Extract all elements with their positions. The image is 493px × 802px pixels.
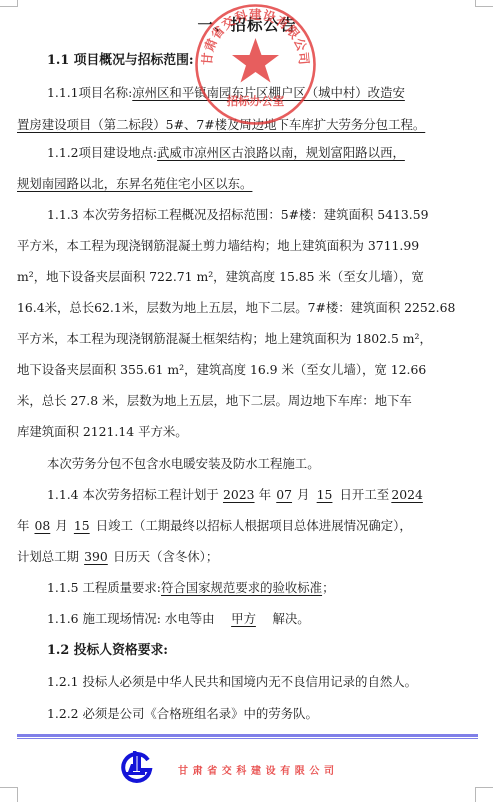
year-label: 年 [259,487,271,502]
project-name-value: 凉州区和平镇南园东片区棚户区（城中村）改造安 [132,85,405,100]
start-month: 07 [271,487,297,503]
duration-suffix: 日历天（含冬休）； [113,549,218,564]
site-responsible-party: 甲方 [215,611,273,627]
schedule-line2: 年08月15日竣工（工期最终以招标人根据项目总体进展情况确定）， [17,518,412,534]
month-label: 月 [297,487,309,502]
footer-divider [17,734,478,737]
qualification-item: 1.2.1 投标人必须是中华人民共和国境内无不良信用记录的自然人。 [47,674,417,690]
document-page: 一、招标公告 1.1 项目概况与招标范围: 1.1.1项目名称:凉州区和平镇南园… [0,0,493,802]
start-year: 2023 [219,487,259,503]
company-logo-icon [120,748,154,784]
scope-line: 地下设备夹层面积 355.61 m²，建筑高度 16.9 米（至女儿墙），宽 1… [17,362,426,378]
scope-line: 1.1.3 本次劳务招标工程概况及招标范围：5#楼：建筑面积 5413.59 [47,207,429,223]
page-corner-mark [0,787,18,802]
quality-value: 符合国家规范要求的验收标准 [161,580,322,595]
page-corner-mark [475,0,493,7]
star-icon [232,38,279,83]
end-suffix: 日竣工（工期最终以招标人根据项目总体进展情况确定）， [96,518,412,533]
project-name-label: 1.1.1项目名称: [47,85,132,100]
document-title: 一、招标公告 [17,13,477,35]
section-heading-1-1: 1.1 项目概况与招标范围: [47,53,194,69]
site-condition: 1.1.6 施工现场情况: 水电等由甲方解决。 [47,611,310,627]
quality-requirement: 1.1.5 工程质量要求:符合国家规范要求的验收标准； [47,580,334,596]
end-year: 2024 [389,487,425,503]
duration-days: 390 [79,549,113,565]
scope-line: m²，地下设备夹层面积 722.71 m²，建筑高度 15.85 米（至女儿墙）… [17,269,424,285]
scope-line: 库建筑面积 2121.14 平方米。 [17,424,188,440]
page-corner-mark [0,0,18,7]
scope-line: 米，总长 27.8 米，层数为地上五层，地下二层。周边地下车库：地下车 [17,393,412,409]
section-heading-1-2: 1.2 投标人资格要求: [47,643,168,659]
schedule-prefix: 1.1.4 本次劳务招标工程计划于 [47,487,219,502]
project-name-value-cont: 置房建设项目（第二标段）5#、7#楼及周边地下车库扩大劳务分包工程。 [17,117,425,132]
project-location-line1: 1.1.2项目建设地点:武威市凉州区古浪路以南，规划富阳路以西， [47,145,405,161]
scope-line: 16.4米，总长62.1米，层数为地上五层，地下二层。7#楼：建筑面积 2252… [17,300,455,316]
scope-line: 平方米，本工程为现浇钢筋混凝土剪力墙结构；地上建筑面积为 3711.99 [17,238,419,254]
footer-divider-thin [17,738,478,739]
end-day: 15 [68,518,96,534]
site-label: 1.1.6 施工现场情况: 水电等由 [47,611,215,626]
project-location-label: 1.1.2项目建设地点: [47,145,157,160]
quality-label: 1.1.5 工程质量要求: [47,580,161,595]
site-suffix: 解决。 [273,611,310,626]
exclusion-note: 本次劳务分包不包含水电暖安装及防水工程施工。 [47,456,320,472]
footer-company-name: 甘肃省交科建设有限公司 [178,762,339,777]
start-suffix: 日开工至 [340,487,390,502]
end-month: 08 [29,518,55,534]
start-day: 15 [310,487,340,503]
project-location-value-cont: 规划南园路以北，东昇名苑住宅小区以东。 [17,176,252,191]
duration-prefix: 计划总工期 [17,549,79,564]
qualification-item: 1.2.2 必须是公司《合格班组名录》中的劳务队。 [47,706,318,722]
year-label: 年 [17,518,29,533]
project-location-line2: 规划南园路以北，东昇名苑住宅小区以东。 [17,176,252,192]
page-corner-mark [475,787,493,802]
project-name-line1: 1.1.1项目名称:凉州区和平镇南园东片区棚户区（城中村）改造安 [47,85,405,101]
project-location-value: 武威市凉州区古浪路以南，规划富阳路以西， [157,145,405,160]
scope-line: 平方米，本工程为现浇钢筋混凝土框架结构；地上建筑面积为 1802.5 m²， [17,331,432,347]
quality-suffix: ； [322,580,334,595]
project-name-line2: 置房建设项目（第二标段）5#、7#楼及周边地下车库扩大劳务分包工程。 [17,117,425,133]
schedule-line3: 计划总工期390日历天（含冬休）； [17,549,218,565]
schedule-line1: 1.1.4 本次劳务招标工程计划于2023年07月15日开工至2024 [47,487,425,503]
month-label: 月 [55,518,67,533]
